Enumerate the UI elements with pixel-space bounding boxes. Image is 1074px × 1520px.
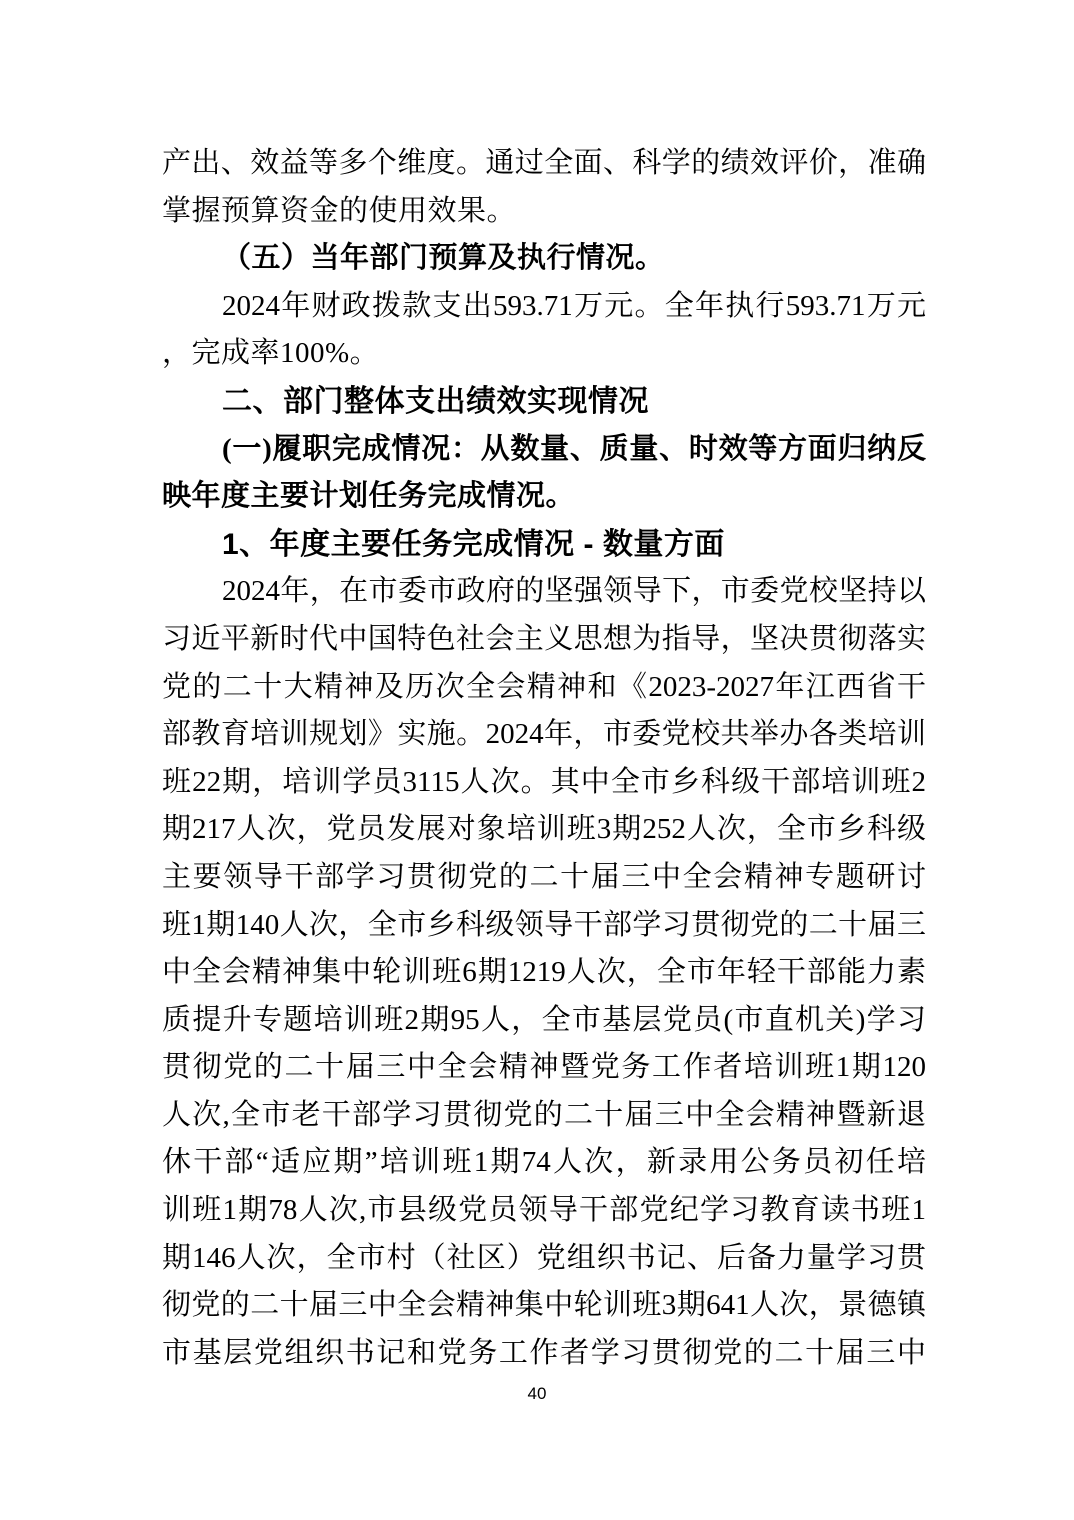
text-line: 班22期，培训学员3115人次。其中全市乡科级干部培训班2 — [162, 759, 926, 807]
text-line: 2024年，在市委市政府的坚强领导下，市委党校坚持以 — [162, 568, 926, 616]
document-body: 产出、效益等多个维度。通过全面、科学的绩效评价，准确掌握预算资金的使用效果。（五… — [162, 140, 926, 1377]
document-page: 产出、效益等多个维度。通过全面、科学的绩效评价，准确掌握预算资金的使用效果。（五… — [0, 0, 1074, 1520]
text-line: (一)履职完成情况：从数量、质量、时效等方面归纳反 — [162, 426, 926, 474]
text-line: 训班1期78人次,市县级党员领导干部党纪学习教育读书班1 — [162, 1187, 926, 1235]
text-line: 期146人次，全市村（社区）党组织书记、后备力量学习贯 — [162, 1235, 926, 1283]
text-line: 市基层党组织书记和党务工作者学习贯彻党的二十届三中 — [162, 1330, 926, 1378]
text-line: 中全会精神集中轮训班6期1219人次，全市年轻干部能力素 — [162, 949, 926, 997]
text-line: 班1期140人次，全市乡科级领导干部学习贯彻党的二十届三 — [162, 902, 926, 950]
text-line: 产出、效益等多个维度。通过全面、科学的绩效评价，准确 — [162, 140, 926, 188]
text-line: 质提升专题培训班2期95人，全市基层党员(市直机关)学习 — [162, 997, 926, 1045]
text-line: 贯彻党的二十届三中全会精神暨党务工作者培训班1期120 — [162, 1044, 926, 1092]
text-line: 主要领导干部学习贯彻党的二十届三中全会精神专题研讨 — [162, 854, 926, 902]
text-line: 彻党的二十届三中全会精神集中轮训班3期641人次，景德镇 — [162, 1282, 926, 1330]
text-line: 习近平新时代中国特色社会主义思想为指导，坚决贯彻落实 — [162, 616, 926, 664]
page-number: 40 — [0, 1383, 1074, 1405]
text-line: ，完成率100%。 — [162, 330, 926, 378]
text-line: 期217人次，党员发展对象培训班3期252人次，全市乡科级 — [162, 806, 926, 854]
text-line: 休干部“适应期”培训班1期74人次，新录用公务员初任培 — [162, 1139, 926, 1187]
text-line: 部教育培训规划》实施。2024年，市委党校共举办各类培训 — [162, 711, 926, 759]
text-line: 掌握预算资金的使用效果。 — [162, 188, 926, 236]
text-line: 党的二十大精神及历次全会精神和《2023-2027年江西省干 — [162, 664, 926, 712]
text-line: 二、部门整体支出绩效实现情况 — [162, 378, 926, 426]
text-line: 映年度主要计划任务完成情况。 — [162, 473, 926, 521]
text-line: 人次,全市老干部学习贯彻党的二十届三中全会精神暨新退 — [162, 1092, 926, 1140]
text-line: 2024年财政拨款支出593.71万元。全年执行593.71万元 — [162, 283, 926, 331]
text-line: （五）当年部门预算及执行情况。 — [162, 235, 926, 283]
text-line: 1、年度主要任务完成情况 - 数量方面 — [162, 521, 926, 569]
